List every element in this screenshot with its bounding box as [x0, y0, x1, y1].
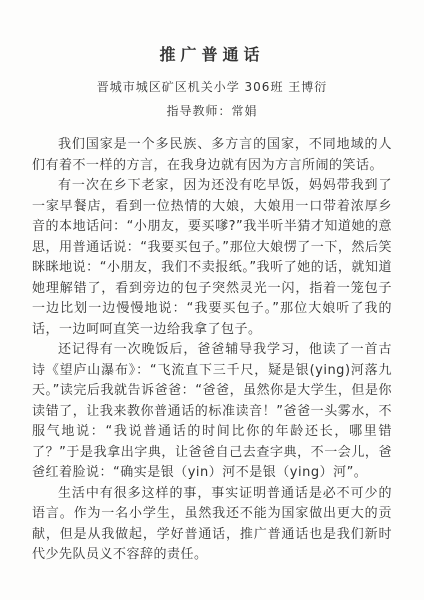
body-paragraph-1: 我们国家是一个多民族、多方言的国家，不同地域的人们有着不一样的方言，在我身边就有…: [32, 135, 392, 176]
body-paragraph-2: 有一次在乡下老家，因为还没有吃早饭，妈妈带我到了一家早餐店，看到一位热情的大娘，…: [32, 176, 392, 340]
instructor-line: 指导教师：常娟: [32, 102, 392, 119]
body-paragraph-3: 还记得有一次晚饭后，爸爸辅导我学习，他读了一首古诗《望庐山瀑布》：“飞流直下三千…: [32, 340, 392, 484]
essay-title: 推广普通话: [32, 42, 392, 65]
byline: 晋城市城区矿区机关小学 306班 王博衍: [32, 78, 392, 95]
essay-body: 我们国家是一个多民族、多方言的国家，不同地域的人们有着不一样的方言，在我身边就有…: [32, 135, 392, 566]
body-paragraph-4: 生活中有很多这样的事，事实证明普通话是必不可少的语言。作为一名小学生，虽然我还不…: [32, 484, 392, 566]
document-page: 推广普通话 晋城市城区矿区机关小学 306班 王博衍 指导教师：常娟 我们国家是…: [0, 0, 424, 600]
